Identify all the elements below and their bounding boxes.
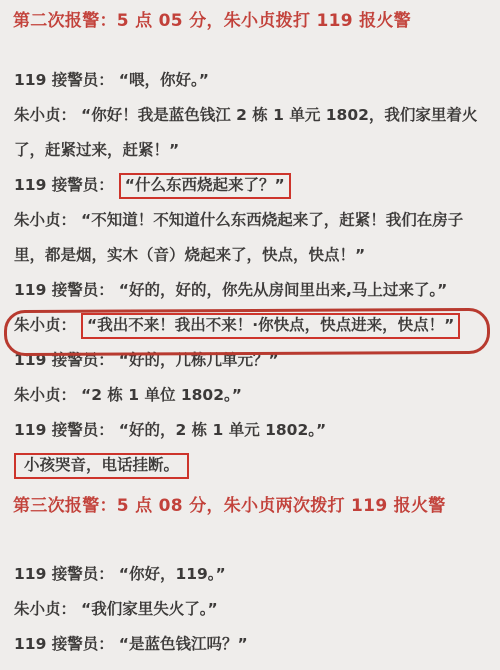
dialog-line: 朱小贞：“你好！我是蓝色钱江 2 栋 1 单元 1802，我们家里着火了，赶紧过… xyxy=(14,98,483,168)
dialog-line: 119 接警员：“好的，好的，你先从房间里出来,马上过来了。” xyxy=(14,273,483,308)
dialog-line: 119 接警员：“喂，你好。” xyxy=(14,63,483,98)
dialog-line: 朱小贞：“我出不来！我出不来！·你快点，快点进来，快点！” xyxy=(14,308,483,343)
speech-text: “是蓝色钱江吗？” xyxy=(119,635,248,653)
dialog-line: 119 接警员：“好的，几栋几单元？” xyxy=(14,343,483,378)
dialog-line: 119 接警员：“你好，119。” xyxy=(14,557,483,592)
speech-text: “我出不来！我出不来！·你快点，快点进来，快点！” xyxy=(87,316,454,334)
speech-text: “好的，好的，你先从房间里出来,马上过来了。” xyxy=(119,281,448,299)
speech-text: “好的，几栋几单元？” xyxy=(119,351,279,369)
speech-text: “什么东西烧起来了？” xyxy=(125,176,285,194)
speech-text: “喂，你好。” xyxy=(119,71,209,89)
speaker-label: 朱小贞： xyxy=(14,316,76,334)
speaker-label: 119 接警员： xyxy=(14,71,114,89)
hangup-note: 小孩哭音，电话挂断。 xyxy=(24,456,179,474)
speaker-label: 朱小贞： xyxy=(14,386,76,404)
second-report-dialog: 119 接警员：“喂，你好。” 朱小贞：“你好！我是蓝色钱江 2 栋 1 单元 … xyxy=(0,63,500,483)
speaker-label: 朱小贞： xyxy=(14,600,76,618)
dialog-line: 小孩哭音，电话挂断。 xyxy=(14,448,483,483)
speech-text: “不知道！不知道什么东西烧起来了，赶紧！我们在房子里，都是烟，实木（音）烧起来了… xyxy=(14,211,463,264)
dialog-line: 119 接警员：“好的，2 栋 1 单元 1802。” xyxy=(14,413,483,448)
speaker-label: 119 接警员： xyxy=(14,176,114,194)
speech-text: “我们家里失火了。” xyxy=(81,600,218,618)
red-box-annotation: 小孩哭音，电话挂断。 xyxy=(14,453,189,479)
speaker-label: 119 接警员： xyxy=(14,635,114,653)
speech-text: “好的，2 栋 1 单元 1802。” xyxy=(119,421,326,439)
speech-text: “你好，119。” xyxy=(119,565,226,583)
third-report-heading: 第三次报警：5 点 08 分，朱小贞两次拨打 119 报火警 xyxy=(13,496,487,517)
transcript-page: 第二次报警：5 点 05 分，朱小贞拨打 119 报火警 119 接警员：“喂，… xyxy=(0,0,500,670)
speaker-label: 119 接警员： xyxy=(14,421,114,439)
speaker-label: 119 接警员： xyxy=(14,281,114,299)
speaker-label: 119 接警员： xyxy=(14,565,114,583)
dialog-line: 朱小贞：“我们家里失火了。” xyxy=(14,592,483,627)
second-report-heading: 第二次报警：5 点 05 分，朱小贞拨打 119 报火警 xyxy=(13,0,487,32)
dialog-line: 朱小贞：“2 栋 1 单位 1802。” xyxy=(14,378,483,413)
third-report-dialog: 119 接警员：“你好，119。” 朱小贞：“我们家里失火了。” 119 接警员… xyxy=(0,557,500,662)
speech-text: “2 栋 1 单位 1802。” xyxy=(81,386,242,404)
dialog-line: 朱小贞：“不知道！不知道什么东西烧起来了，赶紧！我们在房子里，都是烟，实木（音）… xyxy=(14,203,483,273)
speaker-label: 朱小贞： xyxy=(14,211,76,229)
dialog-line: 119 接警员：“什么东西烧起来了？” xyxy=(14,168,483,203)
red-box-annotation: “我出不来！我出不来！·你快点，快点进来，快点！” xyxy=(81,313,460,339)
speaker-label: 朱小贞： xyxy=(14,106,76,124)
red-box-annotation: “什么东西烧起来了？” xyxy=(119,173,291,199)
speaker-label: 119 接警员： xyxy=(14,351,114,369)
speech-text: “你好！我是蓝色钱江 2 栋 1 单元 1802，我们家里着火了，赶紧过来，赶紧… xyxy=(14,106,477,159)
dialog-line: 119 接警员：“是蓝色钱江吗？” xyxy=(14,627,483,662)
